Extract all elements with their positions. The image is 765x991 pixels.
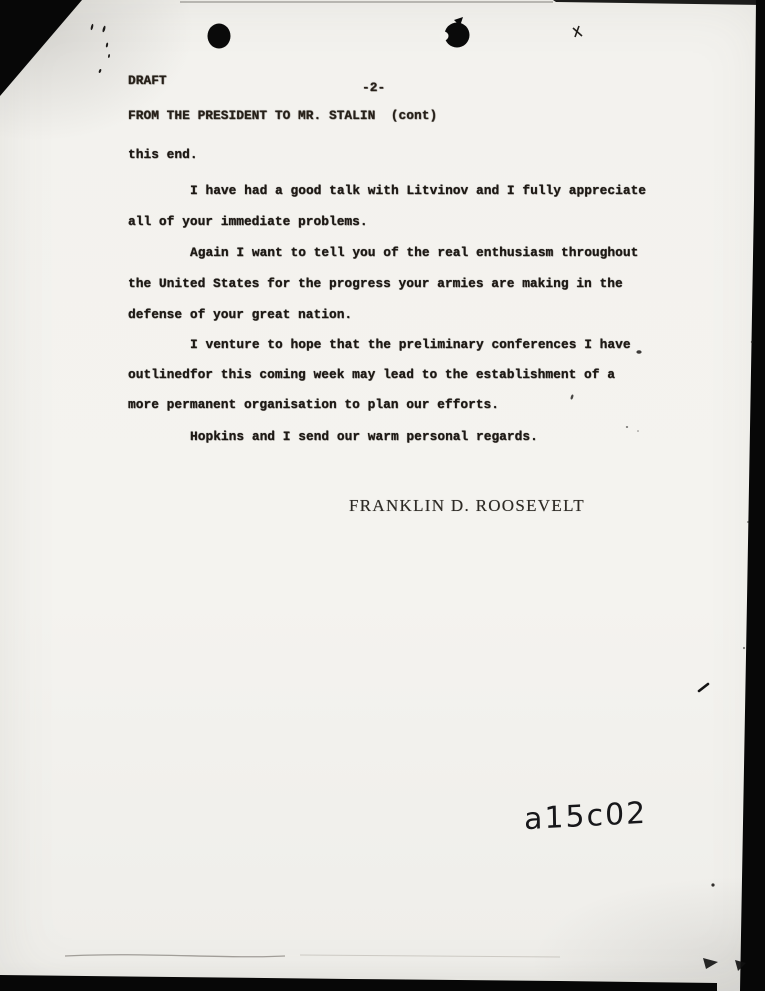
typed-line: the United States for the progress your … xyxy=(128,275,623,293)
scan-speck-bottom-right-1 xyxy=(703,958,718,969)
scan-edge-top xyxy=(553,0,765,5)
hole-punch-right xyxy=(440,17,470,48)
scan-scratch-line-faint xyxy=(300,955,560,957)
scan-edge-right xyxy=(740,0,765,991)
typed-line: I venture to hope that the preliminary c… xyxy=(190,336,631,354)
scan-speck-bottom-right-2 xyxy=(735,960,746,971)
typed-line: Again I want to tell you of the real ent… xyxy=(190,244,638,262)
typed-line: Hopkins and I send our warm personal reg… xyxy=(190,428,538,446)
typed-line: defense of your great nation. xyxy=(128,306,352,324)
typed-line: more permanent organisation to plan our … xyxy=(128,396,499,414)
draft-label: DRAFT xyxy=(128,72,167,90)
typed-line: I have had a good talk with Litvinov and… xyxy=(190,182,646,200)
handwritten-annotation: a15c02 xyxy=(524,796,648,837)
document-heading: FROM THE PRESIDENT TO MR. STALIN (cont) xyxy=(128,107,437,125)
typed-line: all of your immediate problems. xyxy=(128,213,368,231)
scan-scratch-line xyxy=(65,955,285,957)
signature-line: FRANKLIN D. ROOSEVELT xyxy=(349,496,585,516)
scan-corner-top-left xyxy=(0,0,82,96)
scan-edge-bottom xyxy=(0,975,717,991)
page-number: -2- xyxy=(362,79,385,97)
scan-edge-top-faint xyxy=(180,1,553,3)
hole-punch-left xyxy=(208,24,231,49)
scanned-document-page: DRAFT -2- FROM THE PRESIDENT TO MR. STAL… xyxy=(0,0,765,991)
typed-line: outlinedfor this coming week may lead to… xyxy=(128,366,615,384)
typed-line: this end. xyxy=(128,146,198,164)
